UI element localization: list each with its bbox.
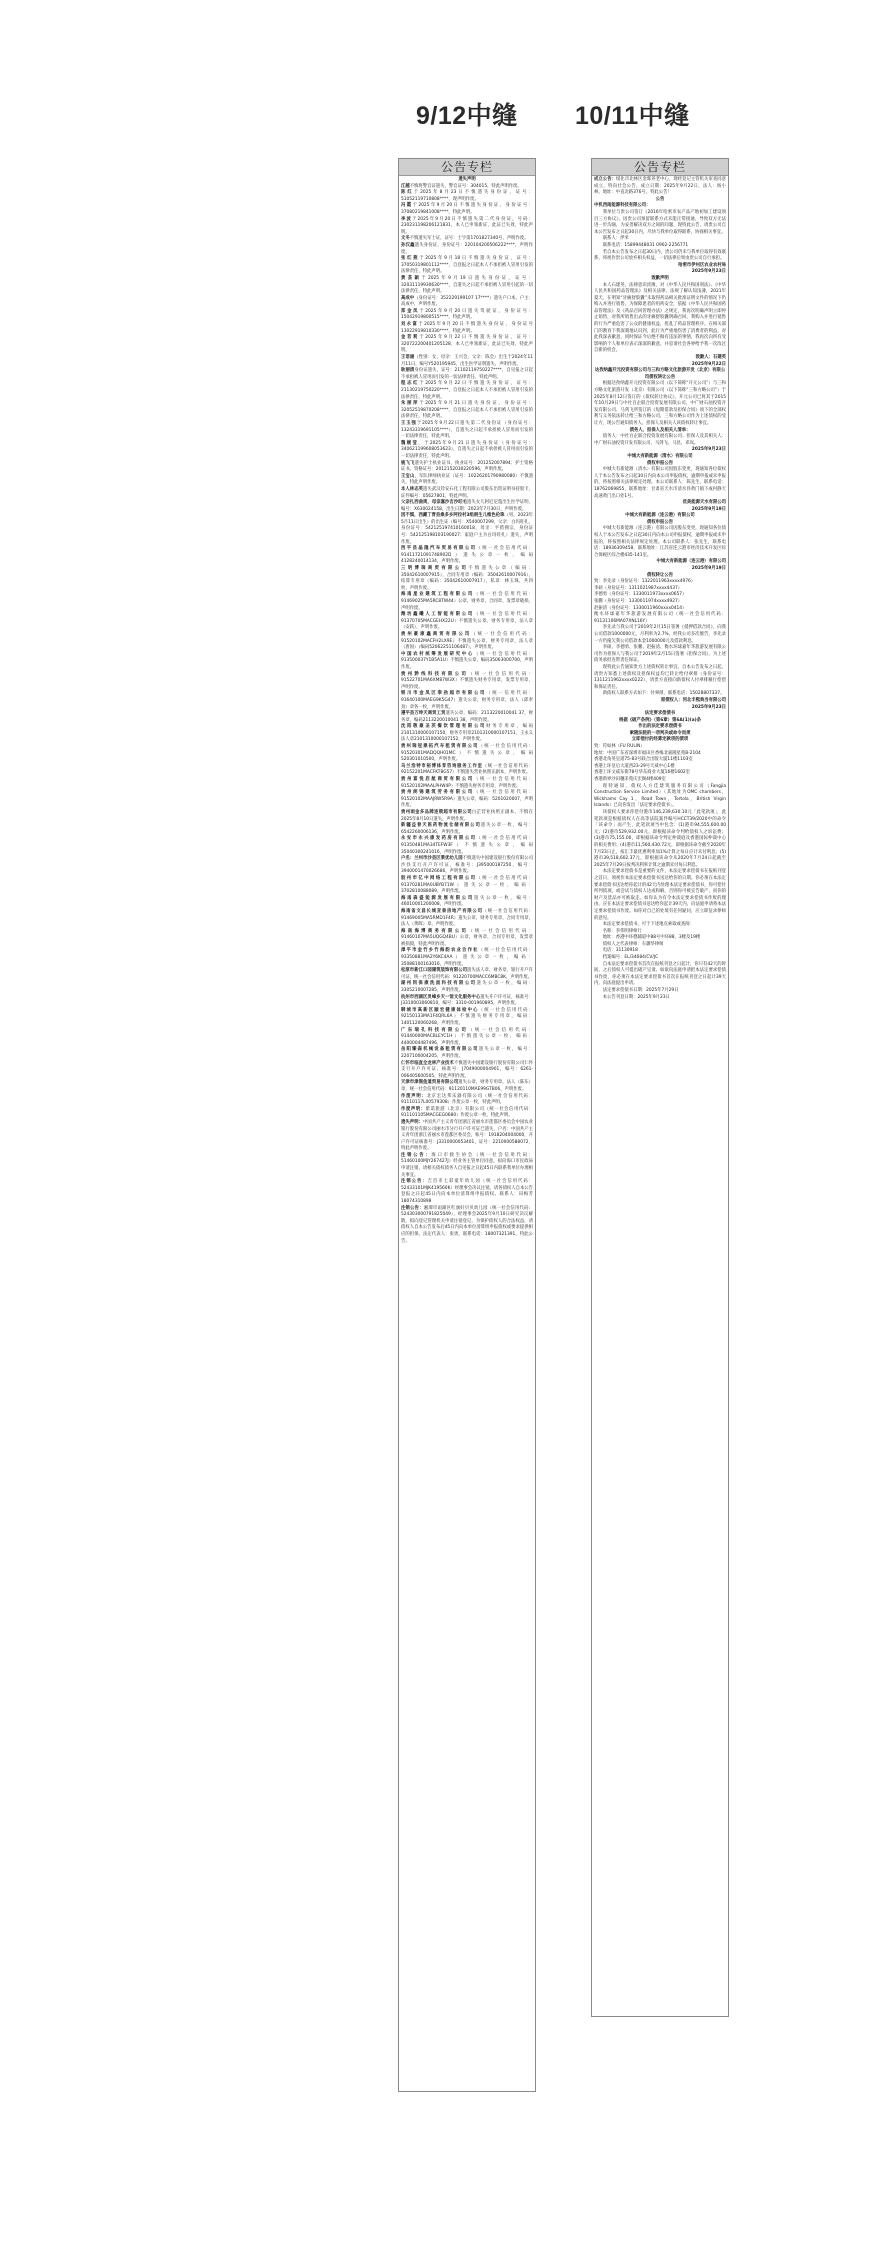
notice-item: 贵州雨金多品牌连锁超市有限公司白芷营业执照正副本，不慎在2025年8月10日遗失… [401, 810, 533, 823]
notice-item: 王玉强于2025年9月22日遗失第二代身份证（身份证号：132433196911… [401, 421, 533, 441]
notice-item-name: 贵州瑞冠鼎拓汽车租赁有限公司 [401, 744, 479, 749]
notice-item: 湖州同保康洗面科技有限公司遗失公章一枚，编码：3305210007285，声明作… [401, 981, 533, 994]
notice-item: 遗失声明：中国共产主义青年团浙江省丽水市莲都区委员会中国农业银行股份有限公司丽水… [401, 1120, 533, 1153]
notice-item: 张红燕于2025年9月18日不慎遗失身份证，证号：37050319801112*… [401, 256, 533, 276]
notice-item: 刘永富于2025年9月20日不慎遗失身份证，身份证号13022919810330… [401, 322, 533, 335]
notice-item: 冯霞于2025年9月20日不慎遗失身份证，身份证号：37080219841008… [401, 203, 533, 216]
right-column-body: 成立公告：绥化市北林区金晖养老中心，现经登记主管机关审查同意成立，特向社会公告，… [592, 176, 728, 1002]
notice-item: 遵平县万坤天商贸工贸遗失公章，编码：2113220010041 37，财务章，编… [401, 711, 533, 724]
notice-item: 贵州朗锦建筑劳务有限公司（统一社会信用代码：91520102MAAJRW5R9A… [401, 790, 533, 810]
notice-item-name: 户名：兰州市沙县区秉优幼儿园 [401, 856, 463, 861]
notice-item: 孙汉鑫遗失身份证，身份证号：220104200506222****，声明作废。 [401, 243, 533, 256]
statutory-demand-recipients: 致：符如林（FU RULIN）地址：中国广东省深圳市福田区香梅北嘉隆星苑B-21… [594, 744, 726, 784]
notice-item-name: 高成中 [401, 296, 414, 301]
claim-notice-signature-1: 优美能源天水有限公司 [594, 500, 726, 507]
notice-item-text: 于2025年9月20日不慎遗失身份证，身份证号：37080219841008**… [401, 203, 533, 215]
notice-item-name: 漳平市金竹乡竹海韵农业合作社 [401, 948, 479, 953]
notice-item-name: 因不慎，西藏丁青县桑多乡阿拉村3组朗生儿维色伦珠 [401, 513, 504, 518]
notice-item: 黄荟颖于2025年9月19日遗失身份证，证号：32031119930630***… [401, 276, 533, 296]
notice-item-name: 江越 [401, 184, 410, 189]
left-column-body: 遗失声明 江越不慎将警官证遗失，警官证号：304015，特此声明作废。陈红于20… [399, 176, 535, 1246]
notice-item-text: （身份证号：352229199107 17****）遗失户口本，户主：高成中，声… [401, 296, 533, 308]
statutory-demand-contacts: 名称：李伟明律师行地址：香港中环德辅道中88号中环88，3楼及19楼债权人之代表… [594, 929, 726, 962]
notice-item-name: 作废声明： [401, 1107, 426, 1112]
debt-transfer-title: 达孜纳鑫开元投资有限公司与三和方略文化旅游开发（北京）有限公司债权转让公告 [594, 368, 726, 381]
notice-item-name: 王玉强 [401, 421, 417, 426]
notice-item-name: 遵平县万坤天商贸工贸 [401, 711, 446, 716]
paragraph: 衡水环球嘉年华旅游发展有限公司（统一社会信用代码：91131106MA07XNL… [594, 612, 726, 625]
notice-item-name: 黄荟颖 [401, 276, 421, 281]
notice-item-name: 王宝山 [401, 474, 414, 479]
notice-item: 西平县晶隆汽车贸易有限公司（统一社会信用代码：91411721091748902… [401, 546, 533, 566]
notice-item: 贵州瑞冠鼎拓汽车租赁有限公司（统一社会信用代码：91520301MADQQH01… [401, 744, 533, 764]
notice-item-name: 本人林志英 [401, 487, 423, 492]
notice-item-name: 海南省文昌长城亚泰房地产有限公司 [401, 909, 483, 914]
notice-item-name: 湖州同保康洗面科技有限公司 [401, 981, 476, 986]
notice-item: 文冬不慎遗失军士证，证号：士字第1701827340号，声明作废。 [401, 236, 533, 243]
paragraph: 李德勇（身份证号：1330011973xxxx0657） [594, 592, 726, 599]
notice-item: 乌兰浩特市裕博体育咨询服务工作室（统一社会信用代码：92152201MACFKT… [401, 764, 533, 777]
notice-item: 金若莉于2025年9月22日不慎遗失身份证，证号：320722200401205… [401, 335, 533, 355]
notice-item-text: 于2025年9月20日不慎遗失身份证，身份证号13022919810330***… [401, 322, 533, 334]
notice-item: 贵州豪康鑫商贸有限公司（统一社会信用代码：91520102MACFH2LX9E）… [401, 632, 533, 652]
paragraph: 法定要求偿债书日期：2025年7月29日 [594, 988, 726, 995]
creditor-rights-paragraphs: 李先录与我公司于2019年2月15日签署《抵押借款合同》，向我公司借款10000… [594, 625, 726, 698]
notice-item-name: 贵州雨金多品牌连锁超市有限公司 [401, 810, 472, 815]
paragraph: 李硕、李德勇、张鹏、赵振清、衡水环球嘉年华旅游发展有限公司作为担保人与我公司于2… [594, 645, 726, 665]
notice-item-name: 朱丽萍 [401, 401, 419, 406]
notice-item: 潍坊鑫曦人工智能有限公司（统一社会信用代码：91370705MACGEHX22U… [401, 612, 533, 632]
apology-paragraphs: 本人石建英，法律意识淡薄，对《中华人民共和国刑法》、《中华人民共和国药品管理法》… [594, 283, 726, 356]
paragraph: 致：李先录（身份证号：1322011963xxxx4976） [594, 579, 726, 586]
notice-item-text: 遗失护士执业证书，执业证号：201252007894；护士资格证书，资格证号：2… [401, 461, 533, 473]
paragraph: 中城大有新能源（连云港）有限公司因股东变更，现通知各位债权人于本公告发布之日起3… [594, 526, 726, 559]
notice-item-name: 聊城市高新区颐宏健康体检中心 [401, 1008, 479, 1013]
claim-notice-date-2: 2025年9月19日 [594, 566, 726, 573]
debt-transfer-paragraphs: 根据达孜纳鑫开元投资有限公司（以下简称“开元公司”）与三和方略文化旅游开发（北京… [594, 381, 726, 427]
notice-item: 中国农村统筹发展研究中心（统一社会信用代码：913500037Y1B5A1U）不… [401, 652, 533, 672]
notice-item-name: 松原市新江口园建筑装饰有限公司 [401, 968, 467, 973]
statutory-demand-dates: 法定要求偿债书日期：2025年7月29日本公告刊登日期：2025年9月23日 [594, 988, 726, 1001]
column-title: 公告专栏 [592, 159, 728, 176]
paragraph: 地址：香港中环德辅道中88号中环88，3楼及19楼 [594, 935, 726, 942]
notice-item: 杭州市西湖区灵峰乡天一馆文化服务中心遗失开户许可证，核准号：J331000306… [401, 995, 533, 1008]
notice-item-text: 于2025年9月21日遗失身份证，身份证号：32052519870208****… [401, 401, 533, 419]
notice-item-name: 海南海博商务有限公司 [401, 929, 468, 934]
notice-item-text: 遗失身份证，身份证号：220104200506222****，声明作废。 [401, 243, 533, 255]
notice-item: 贵州富悦启航商贸有限公司（统一社会信用代码：91520102MAALPHW4P）… [401, 777, 533, 790]
paragraph: 香港北角英皇道75-83号联合出版大厦11楼1103室 [594, 757, 726, 764]
notice-item-name: 李波 [401, 217, 412, 222]
notice-item-text: 于2025年9月19日遗失身份证，证号：32031119930630****，自… [401, 276, 533, 294]
notice-item-name: 姚飞飞 [401, 461, 415, 466]
paragraph: 新债权人联系方式如下：付翠排，联系电话：15028807337。 [594, 691, 726, 698]
notice-item-name: 广东瑞孔科技有限公司 [401, 1028, 468, 1033]
notice-item-name: 贵州黔线科技有限公司 [401, 672, 468, 677]
notice-item-text: 于2025年9月20日遗失驾驶证，身份证号：15042919800515****… [401, 309, 533, 321]
notice-item-name: 郑金凤 [401, 309, 419, 314]
notice-item: 魏婉莹，于2025年9月21日遗失身份证（身份证号：34062119960805… [401, 441, 533, 461]
notice-item-name: 耿丽清 [401, 368, 414, 373]
notice-item: 耿丽清身份证遗失，证号：21102119750227****，自见报之日起不承担… [401, 368, 533, 381]
left-page-heading: 9/12中缝 [416, 96, 518, 132]
paragraph: 本法定要求偿债书，可于下述地点索取或查阅： [594, 922, 726, 929]
notice-item-name: 文冬 [401, 236, 410, 241]
statutory-demand-title: 法定要求偿债书 [594, 711, 726, 718]
notice-item-name: 潍坊鑫曦人工智能有限公司 [401, 612, 474, 617]
apology-signature: 致歉人：石建英 [594, 355, 726, 362]
notice-item-name: 遗失声明： [401, 1120, 423, 1125]
notice-item-name: 贵州富悦启航商贸有限公司 [401, 777, 474, 782]
notice-item-name: 程志红 [401, 381, 419, 386]
notice-item-text: 于2025年9月22日不慎遗失身份证，证号：320722200401205128… [401, 335, 533, 353]
notice-item-name: 新疆益普天医药物流仓储有限公司 [401, 823, 481, 828]
debt-transfer-list: 债务人：中社百企联合投资发展有限公司；担保人及其相关人：中广财石油投资开发有限公… [594, 434, 726, 447]
right-page-heading: 10/11中缝 [575, 96, 690, 132]
apology-title: 致歉声明 [594, 276, 726, 283]
notice-item: 三明博瑞商贸有限公司不慎遗失公章（编码：35042610007915），合同专用… [401, 566, 533, 592]
creditor-rights-recipients: 致：李先录（身份证号：1322011963xxxx4976）李硕（身份证号：13… [594, 579, 726, 625]
notice-item-name: 贵州豪康鑫商贸有限公司 [401, 632, 471, 637]
statutory-demand-paragraphs: 现特通知，债权人方佳建筑服务有限公司（Fangjia Construction … [594, 784, 726, 929]
notice-item-name: 三明博瑞商贸有限公司 [401, 566, 468, 571]
notice-item: 永安市永兴康发药房有限公司（统一社会信用代码：91350481MA34TEFW3… [401, 836, 533, 856]
notice-item-name: 胶州市亿中网络工程有限公司 [401, 876, 476, 881]
notice-item-name: 注销公告： [401, 1179, 428, 1184]
notice-item-text: ，于2025年9月21日遗失身份证（身份证号：34062119960805362… [401, 441, 533, 459]
notice-item: 程志红于2025年9月22日不慎遗失身份证，证号：21130219750220*… [401, 381, 533, 401]
paragraph: 若自本公告发布之日起30日内，贵公司仍未与我单位取得有效联系，将视作贵公司放弃相… [594, 250, 726, 263]
creditor-rights-signature: 原债权人：河北丰熙典当有限公司 [594, 698, 726, 705]
notice-item-name: 冯霞 [401, 203, 413, 208]
notice-item-name: 杭州市西湖区灵峰乡天一馆文化服务中心 [401, 995, 480, 1000]
paragraph: 中城大有新能源（清水）有限公司因股东变更，现通知各位债权人于本公告发布之日起30… [594, 467, 726, 500]
paragraph: 致：符如林（FU RULIN） [594, 744, 726, 751]
notice-item: 海南海博商务有限公司（统一社会信用代码：91460107MA5UQGQ4BU）公… [401, 929, 533, 949]
notice-item: 姚飞飞遗失护士执业证书，执业证号：201252007894；护士资格证书，资格证… [401, 461, 533, 474]
paragraph: 该债权人要求你偿付港币146,239,630.10元「此笔款项」，此笔款项是根据… [594, 810, 726, 869]
left-announcement-column: 公告专栏 遗失声明 江越不慎将警官证遗失，警官证号：304015，特此声明作废。… [398, 158, 536, 2092]
notice-item: 注销公告：湘潭市雨湖区红旗好贝贝幼儿园（统一社会信用代码：52430300079… [401, 1206, 533, 1246]
notice-item: 王宝山，军队律师执业证（证号：10226201790980080）不慎遗失，特此… [401, 474, 533, 487]
notice-item: 父亲扎西曲周，母亲嘉沙吉沙旺毛遗失女儿阿尼尼蔻出生医学证明，编号：X630024… [401, 500, 533, 513]
notice-item-name: 父亲扎西曲周，母亲嘉沙吉沙旺毛 [401, 500, 467, 505]
paragraph: 李先录与我公司于2019年2月15日签署《抵押借款合同》，向我公司借款10000… [594, 625, 726, 645]
notice-item-name: 仁怀市临直全龙林产业技术 [401, 1061, 454, 1066]
notice-item-text: 身份证遗失，证号：21102119750227****，自见报之日起不承担被人冒… [401, 368, 533, 380]
establishment-notice: 成立公告：绥化市北林区金晖养老中心，现经登记主管机关审查同意成立，特向社会公告，… [594, 177, 726, 197]
paragraph: 根据达孜纳鑫开元投资有限公司（以下简称“开元公司”）与三和方略文化旅游开发（北京… [594, 381, 726, 427]
notice-item: 郑金凤于2025年9月20日遗失驾驶证，身份证号：15042919800515*… [401, 309, 533, 322]
notice-item: 作废声明：北京宏达邦乐器有限公司（统一社会信用代码：91110117L00579… [401, 1094, 533, 1107]
notice-item-name: 张红燕 [401, 256, 419, 261]
notice-item-name: 陈红 [401, 190, 414, 195]
notice-item-name: 西平县晶隆汽车贸易有限公司 [401, 546, 476, 551]
statutory-demand-closing: 自本法定要求偿债书首次在报纸刊登之日起计，你只有42天的时间，之后债权人可提出破… [594, 962, 726, 988]
notice-item: 因不慎，西藏丁青县桑多乡阿拉村3组朗生儿维色伦珠（男，2023年5月11日出生）… [401, 513, 533, 546]
notice-item: 本人林志英遗失武汉铨安石化工程有限公司股东出资证明书持股卡，证件编号：05627… [401, 487, 533, 500]
claim-notice-title-2: 中城大有新能源（连云港）有限公司 [594, 513, 726, 520]
notice-date: 2025年9月23日 [594, 269, 726, 276]
notice-item-name: 海南森盛能源发展有限公司 [401, 896, 474, 901]
notice-item-name: 天津市津阁鱼道贸易有限公司 [401, 1080, 458, 1085]
notice-item: 朱丽萍于2025年9月21日遗失身份证，身份证号：32052519870208*… [401, 401, 533, 421]
notice-item-text: 不慎将警官证遗失，警官证号：304015，特此声明作废。 [410, 184, 522, 189]
notice-item: 岳阳臻森机械设备租赁有限公司遗失公章一枚，编号：2207100004205，声明… [401, 1047, 533, 1060]
right-announcement-column: 公告专栏 成立公告：绥化市北林区金晖养老中心，现经登记主管机关审查同意成立，特向… [591, 158, 729, 2017]
notice-item: 松原市新江口园建筑装饰有限公司遗失法人章、财务章，银行开户许可证，统一社会信用代… [401, 968, 533, 981]
notice-item-name: 银川市金凤区奉劲超市有限公司 [401, 691, 486, 696]
notice-item-name: 刘永富 [401, 322, 418, 327]
notice-item-text: 于2025年9月22日不慎遗失身份证，证号：21130219750220****… [401, 381, 533, 399]
paragraph: 我单位与贵公司签订《2016年哈密市农产品产地初加工建设项目三方协议》，因贵公司… [594, 210, 726, 236]
statutory-demand-subtitle: 根据《破产条例》（第6章）第6A(1)(a)条作出的法定要求偿债书索随法院的一项… [594, 718, 726, 744]
notice-item: 漳平市金竹乡竹海韵农业合作社（统一社会信用代码：93350881MA2Y6KC4… [401, 948, 533, 968]
paragraph: 本人石建英，法律意识淡薄，对《中华人民共和国刑法》、《中华人民共和国药品管理法》… [594, 283, 726, 356]
notice-item: 王语涵（性别：女，母亲：王兴会，父亲：陈会）出生于2024年11月11日，编号Y… [401, 355, 533, 368]
notice-item-name: 孙汉鑫 [401, 243, 415, 248]
notice-item: 户名：兰州市沙县区秉优幼儿园不慎遗失中国建设银行股份有限公司沙县支行开户许可证，… [401, 856, 533, 876]
notice-paragraphs: 我单位与贵公司签订《2016年哈密市农产品产地初加工建设项目三方协议》，因贵公司… [594, 210, 726, 263]
paragraph: 联系电话：15899448031 0902-2256771 [594, 243, 726, 250]
notice-item-text: 湘潭市雨湖区红旗好贝贝幼儿园（统一社会信用代码：5243030007918250… [401, 1206, 533, 1244]
notice-item: 海南森盛能源发展有限公司遗失公章一枚，编号：46010001200008，声明作… [401, 896, 533, 909]
notice-item: 新疆益普天医药物流仓储有限公司遗失公章一枚，编号：6542260006136，声… [401, 823, 533, 836]
claim-notice-paragraphs-1: 中城大有新能源（清水）有限公司因股东变更，现通知各位债权人于本公告发布之日起30… [594, 467, 726, 500]
notice-item-name: 王语涵 [401, 355, 414, 360]
paragraph: 作出的法定要求偿债书 [594, 724, 726, 731]
notice-item-name: 乌兰浩特市裕博体育咨询服务工作室 [401, 764, 483, 769]
lost-notice-list: 江越不慎将警官证遗失，警官证号：304015，特此声明作废。陈红于2025年8月… [401, 184, 533, 1246]
paragraph: 联系人：伊米 [594, 236, 726, 243]
paragraph: 档案编号：EL/34684/CV/JC [594, 955, 726, 962]
notice-item: 聊城市高新区颐宏健康体检中心（统一社会信用代码：92150133MA1F4QRL… [401, 1008, 533, 1028]
notice-item-text: 于2025年9月20日不慎遗失第二代身份证，号码：230231198206121… [401, 217, 533, 235]
notice-item: 仁怀市临直全龙林产业技术不慎遗失中国建设银行股份有限公司仁怀支行开户许可证，核准… [401, 1061, 533, 1081]
notice-item-text: 于2025年8月23日不慎遗失身份证，证号：51052119710808****… [401, 190, 533, 202]
paragraph: 现特通知，债权人方佳建筑服务有限公司（Fangjia Construction … [594, 784, 726, 810]
notice-item-text: 不慎遗失军士证，证号：士字第1701827340号，声明作废。 [410, 236, 529, 241]
notice-item: 广东瑞孔科技有限公司（统一社会信用代码：91440000MACBLEYC1H）不… [401, 1028, 533, 1048]
notice-item: 海南省文昌长城亚泰房地产有限公司（统一社会信用代码：91469005MA5RMD… [401, 909, 533, 929]
notice-item: 海南星业建筑工程有限公司（统一社会信用代码：91469025MA5RC8TW44… [401, 592, 533, 612]
notice-addressee: 中机西南能源科技有限公司： [594, 203, 726, 210]
paragraph: 香港新界沙田穗禾苑庆宏阁4楼409室 [594, 777, 726, 784]
notice-item: 沈阳敬豪圣茨餐饮管理有限公司财务专用章，编码2101310000107150，财… [401, 724, 533, 744]
notice-item-text: （性别：女，母亲：王兴会，父亲：陈会）出生于2024年11月11日，编号Y520… [401, 355, 533, 367]
section-heading-lost-notice: 遗失声明 [401, 177, 533, 184]
notice-item-text: 于2025年9月18日不慎遗失身份证，证号：37050319801112****… [401, 256, 533, 274]
notice-item: 胶州市亿中网络工程有限公司（统一社会信用代码：91370281MA0UBYB71… [401, 876, 533, 896]
paragraph: 张鹏（身份证号：1330011974xxxx4927） [594, 599, 726, 606]
claim-notice-title-1: 中城大有新能源（清水）有限公司 [594, 454, 726, 461]
notice-item-name: 沈阳敬豪圣茨餐饮管理有限公司 [401, 724, 486, 729]
notice-item: 天津市津阁鱼道贸易有限公司遗失公章，财务专用章，法人（陈东）章，统一社会信用代码… [401, 1080, 533, 1093]
notice-item: 注销公告：海口市救生协会（统一社会信用代码：51460100MJY267427J… [401, 1153, 533, 1179]
notice-item: 李波于2025年9月20日不慎遗失第二代身份证，号码：2302311982061… [401, 217, 533, 237]
notice-item-name: 中国农村统筹发展研究中心 [401, 652, 474, 657]
notice-item: 作废声明：紫诺旅游（北京）有限公司（统一社会信用代码：911101105MACG… [401, 1107, 533, 1120]
notice-item-name: 魏婉莹 [401, 441, 418, 446]
notice-item-name: 海南星业建筑工程有限公司 [401, 592, 474, 597]
notice-item-name: 注销公告： [401, 1206, 424, 1211]
paragraph: 现特此公告通知贵方上述债权转让事宜，自本公告发布之日起，请贵方知悉上述债权及担保… [594, 665, 726, 691]
claim-notice-paragraphs-2: 中城大有新能源（连云港）有限公司因股东变更，现通知各位债权人于本公告发布之日起3… [594, 526, 726, 559]
notice-item-name: 永安市永兴康发药房有限公司 [401, 836, 476, 841]
notice-item: 陈红于2025年8月23日不慎遗失身份证，证号：51052119710808**… [401, 190, 533, 203]
notice-item: 注销公告：吉首市七彩童年幼儿园（统一社会信用代码：52433101MJK4195… [401, 1179, 533, 1205]
paragraph: 本公告刊登日期：2025年9月23日 [594, 995, 726, 1002]
column-title: 公告专栏 [399, 159, 535, 176]
notice-item-name: 金若莉 [401, 335, 419, 340]
notice-item-text: 于2025年9月22日遗失第二代身份证（身份证号：13243319691105*… [401, 421, 533, 439]
debt-transfer-date: 2025年9月23日 [594, 447, 726, 454]
notice-item-name: 贵州朗锦建筑劳务有限公司 [401, 790, 474, 795]
notice-item: 高成中（身份证号：352229199107 17****）遗失户口本，户主：高成… [401, 296, 533, 309]
notice-item-name: 作废声明： [401, 1094, 427, 1099]
notice-item-name: 岳阳臻森机械设备租赁有限公司 [401, 1047, 479, 1052]
notice-item-text: ，军队律师执业证（证号：10226201790980080）不慎遗失，特此声明作… [401, 474, 533, 486]
notice-item: 贵州黔线科技有限公司（统一社会信用代码：91522701MA6XM87W3X）不… [401, 672, 533, 692]
notice-item: 银川市金凤区奉劲超市有限公司（统一信用代码：91640100MAEG9K5G47… [401, 691, 533, 711]
paragraph: 本法定要求偿债书是重要的文件，本法定要求偿债书在报纸刊登之首日，须视作本法定要求… [594, 869, 726, 922]
notice-item-name: 注销公告： [401, 1153, 431, 1158]
